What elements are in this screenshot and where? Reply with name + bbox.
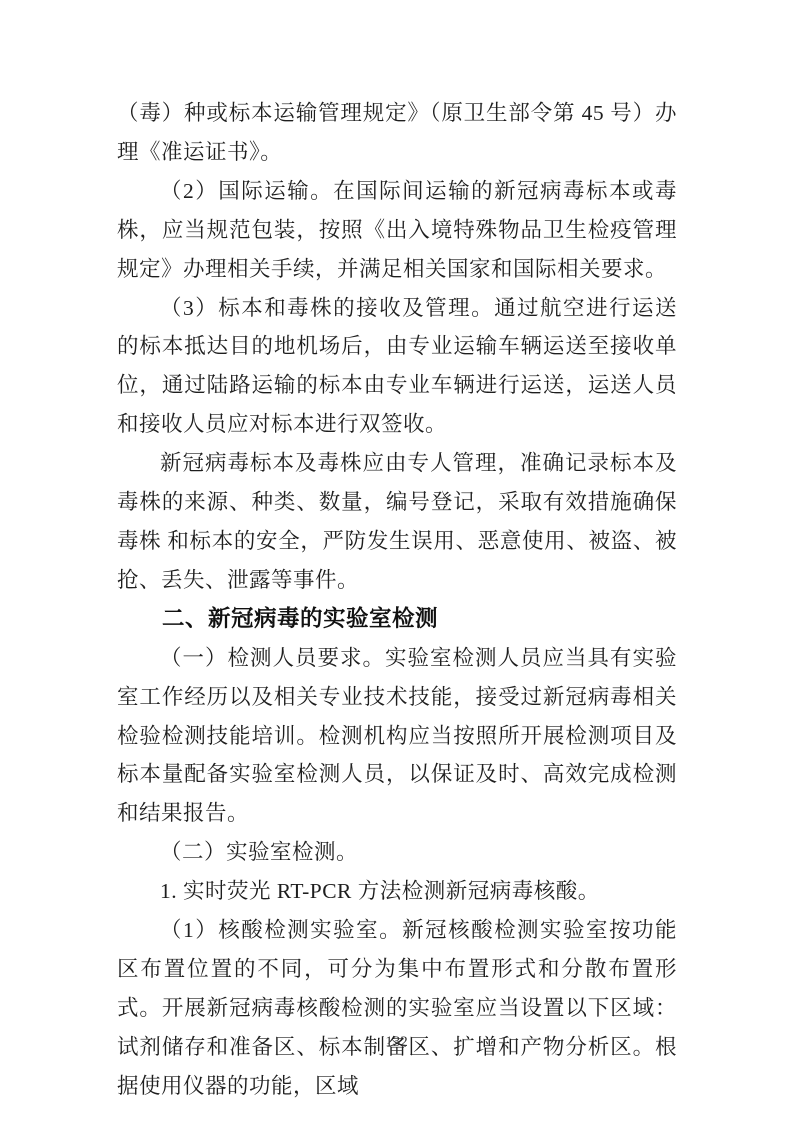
paragraph-lab-testing-subheading: （二）实验室检测。	[117, 833, 677, 872]
paragraph-continuation: （毒）种或标本运输管理规定》（原卫生部令第 45 号）办理《准运证书》。	[117, 94, 677, 172]
document-page: （毒）种或标本运输管理规定》（原卫生部令第 45 号）办理《准运证书》。 （2）…	[0, 0, 793, 1122]
document-content: （毒）种或标本运输管理规定》（原卫生部令第 45 号）办理《准运证书》。 （2）…	[117, 94, 677, 1106]
paragraph-rtpcr-method: 1. 实时荧光 RT-PCR 方法检测新冠病毒核酸。	[117, 872, 677, 911]
section-heading-lab-testing: 二、新冠病毒的实验室检测	[117, 600, 677, 639]
paragraph-personnel-requirements: （一）检测人员要求。实验室检测人员应当具有实验室工作经历以及相关专业技术技能，接…	[117, 639, 677, 834]
paragraph-specimen-custody: 新冠病毒标本及毒株应由专人管理，准确记录标本及毒株的来源、种类、数量，编号登记，…	[117, 444, 677, 600]
paragraph-specimen-receipt-management: （3）标本和毒株的接收及管理。通过航空进行运送的标本抵达目的地机场后，由专业运输…	[117, 289, 677, 445]
page-number: 132	[0, 1034, 793, 1051]
paragraph-international-transport: （2）国际运输。在国际间运输的新冠病毒标本或毒株，应当规范包装，按照《出入境特殊…	[117, 172, 677, 289]
paragraph-nucleic-acid-lab: （1）核酸检测实验室。新冠核酸检测实验室按功能区布置位置的不同，可分为集中布置形…	[117, 911, 677, 1106]
